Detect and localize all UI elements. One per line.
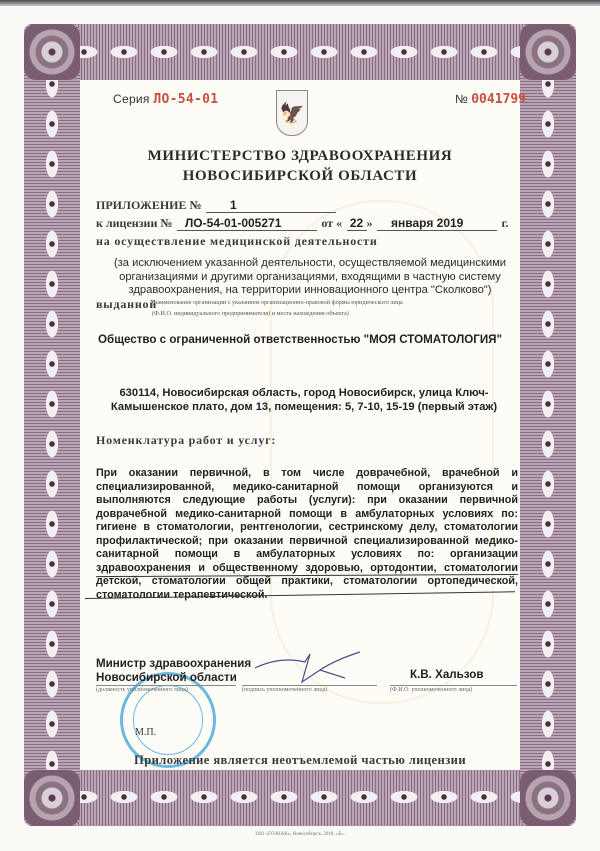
- guilloche-border-left: [24, 24, 80, 826]
- guilloche-border-top: [24, 24, 576, 80]
- license-day: 22: [347, 216, 367, 231]
- series-value: ЛО-54-01: [153, 92, 218, 107]
- appendix-label: ПРИЛОЖЕНИЕ №: [96, 198, 202, 212]
- organization-name: Общество с ограниченной ответственностью…: [80, 333, 520, 346]
- day-close-quote: »: [367, 216, 373, 230]
- from-label: от «: [321, 216, 342, 230]
- position-line-2: Новосибирской области: [96, 671, 251, 685]
- license-reference-row: к лицензии № ЛО-54-01-005271 от « 22» ян…: [96, 214, 509, 232]
- organization-address: 630114, Новосибирская область, город Нов…: [88, 386, 520, 414]
- appendix-number-row: ПРИЛОЖЕНИЕ № 1: [96, 196, 336, 214]
- series-label: Серия: [113, 92, 150, 106]
- ornament-corner-icon: [24, 770, 80, 826]
- activity-exclusion-note: (за исключением указанной деятельности, …: [100, 257, 520, 298]
- guilloche-border-bottom: [24, 768, 576, 826]
- appendix-footer-note: Приложение является неотъемлемой частью …: [80, 753, 520, 768]
- license-prefix: к лицензии №: [96, 216, 172, 230]
- number-label: №: [455, 92, 468, 106]
- appendix-number-value: 1: [206, 198, 336, 213]
- series-field: Серия ЛО-54-01: [113, 92, 218, 107]
- seal-place-label: М.П.: [135, 727, 156, 738]
- handwritten-signature-icon: [250, 648, 370, 688]
- issued-caption-line-1: (наименование организации с указанием ор…: [152, 297, 517, 308]
- license-month-year: января 2019: [377, 216, 497, 231]
- printer-imprint: ЗАО «ГОЗНАК», Новосибирск, 2018, «Б».: [0, 832, 600, 837]
- license-number: ЛО-54-01-005271: [177, 216, 317, 231]
- signatory-position: Министр здравоохранения Новосибирской об…: [96, 657, 251, 685]
- name-caption: (Ф.И.О. уполномоченного лица): [390, 685, 517, 693]
- ornament-corner-icon: [520, 24, 576, 80]
- ornament-corner-icon: [520, 770, 576, 826]
- ornament-corner-icon: [24, 24, 80, 80]
- issued-label: выданной: [96, 297, 157, 312]
- signature-caption: (подпись уполномоченного лица): [242, 685, 377, 693]
- issued-caption: (наименование организации с указанием ор…: [152, 297, 517, 319]
- issuing-authority-title: МИНИСТЕРСТВО ЗДРАВООХРАНЕНИЯ НОВОСИБИРСК…: [80, 146, 520, 186]
- activity-type: на осуществление медицинской деятельност…: [96, 234, 378, 249]
- ministry-line-1: МИНИСТЕРСТВО ЗДРАВООХРАНЕНИЯ: [80, 146, 520, 166]
- ministry-line-2: НОВОСИБИРСКОЙ ОБЛАСТИ: [80, 166, 520, 186]
- signatory-name: К.В. Хальзов: [410, 668, 483, 681]
- nomenclature-heading: Номенклатура работ и услуг:: [96, 433, 276, 448]
- year-suffix: г.: [501, 216, 508, 230]
- issued-caption-line-2: (Ф.И.О. индивидуального предпринимателя)…: [152, 308, 517, 319]
- form-number-value: 0041799: [471, 92, 526, 107]
- services-list: При оказании первичной, в том числе довр…: [96, 467, 518, 602]
- form-number-field: № 0041799: [455, 92, 526, 107]
- position-line-1: Министр здравоохранения: [96, 657, 251, 671]
- coat-of-arms-icon: 🦅: [276, 90, 308, 136]
- position-caption: (должность уполномоченного лица): [96, 685, 236, 693]
- guilloche-border-right: [520, 24, 576, 826]
